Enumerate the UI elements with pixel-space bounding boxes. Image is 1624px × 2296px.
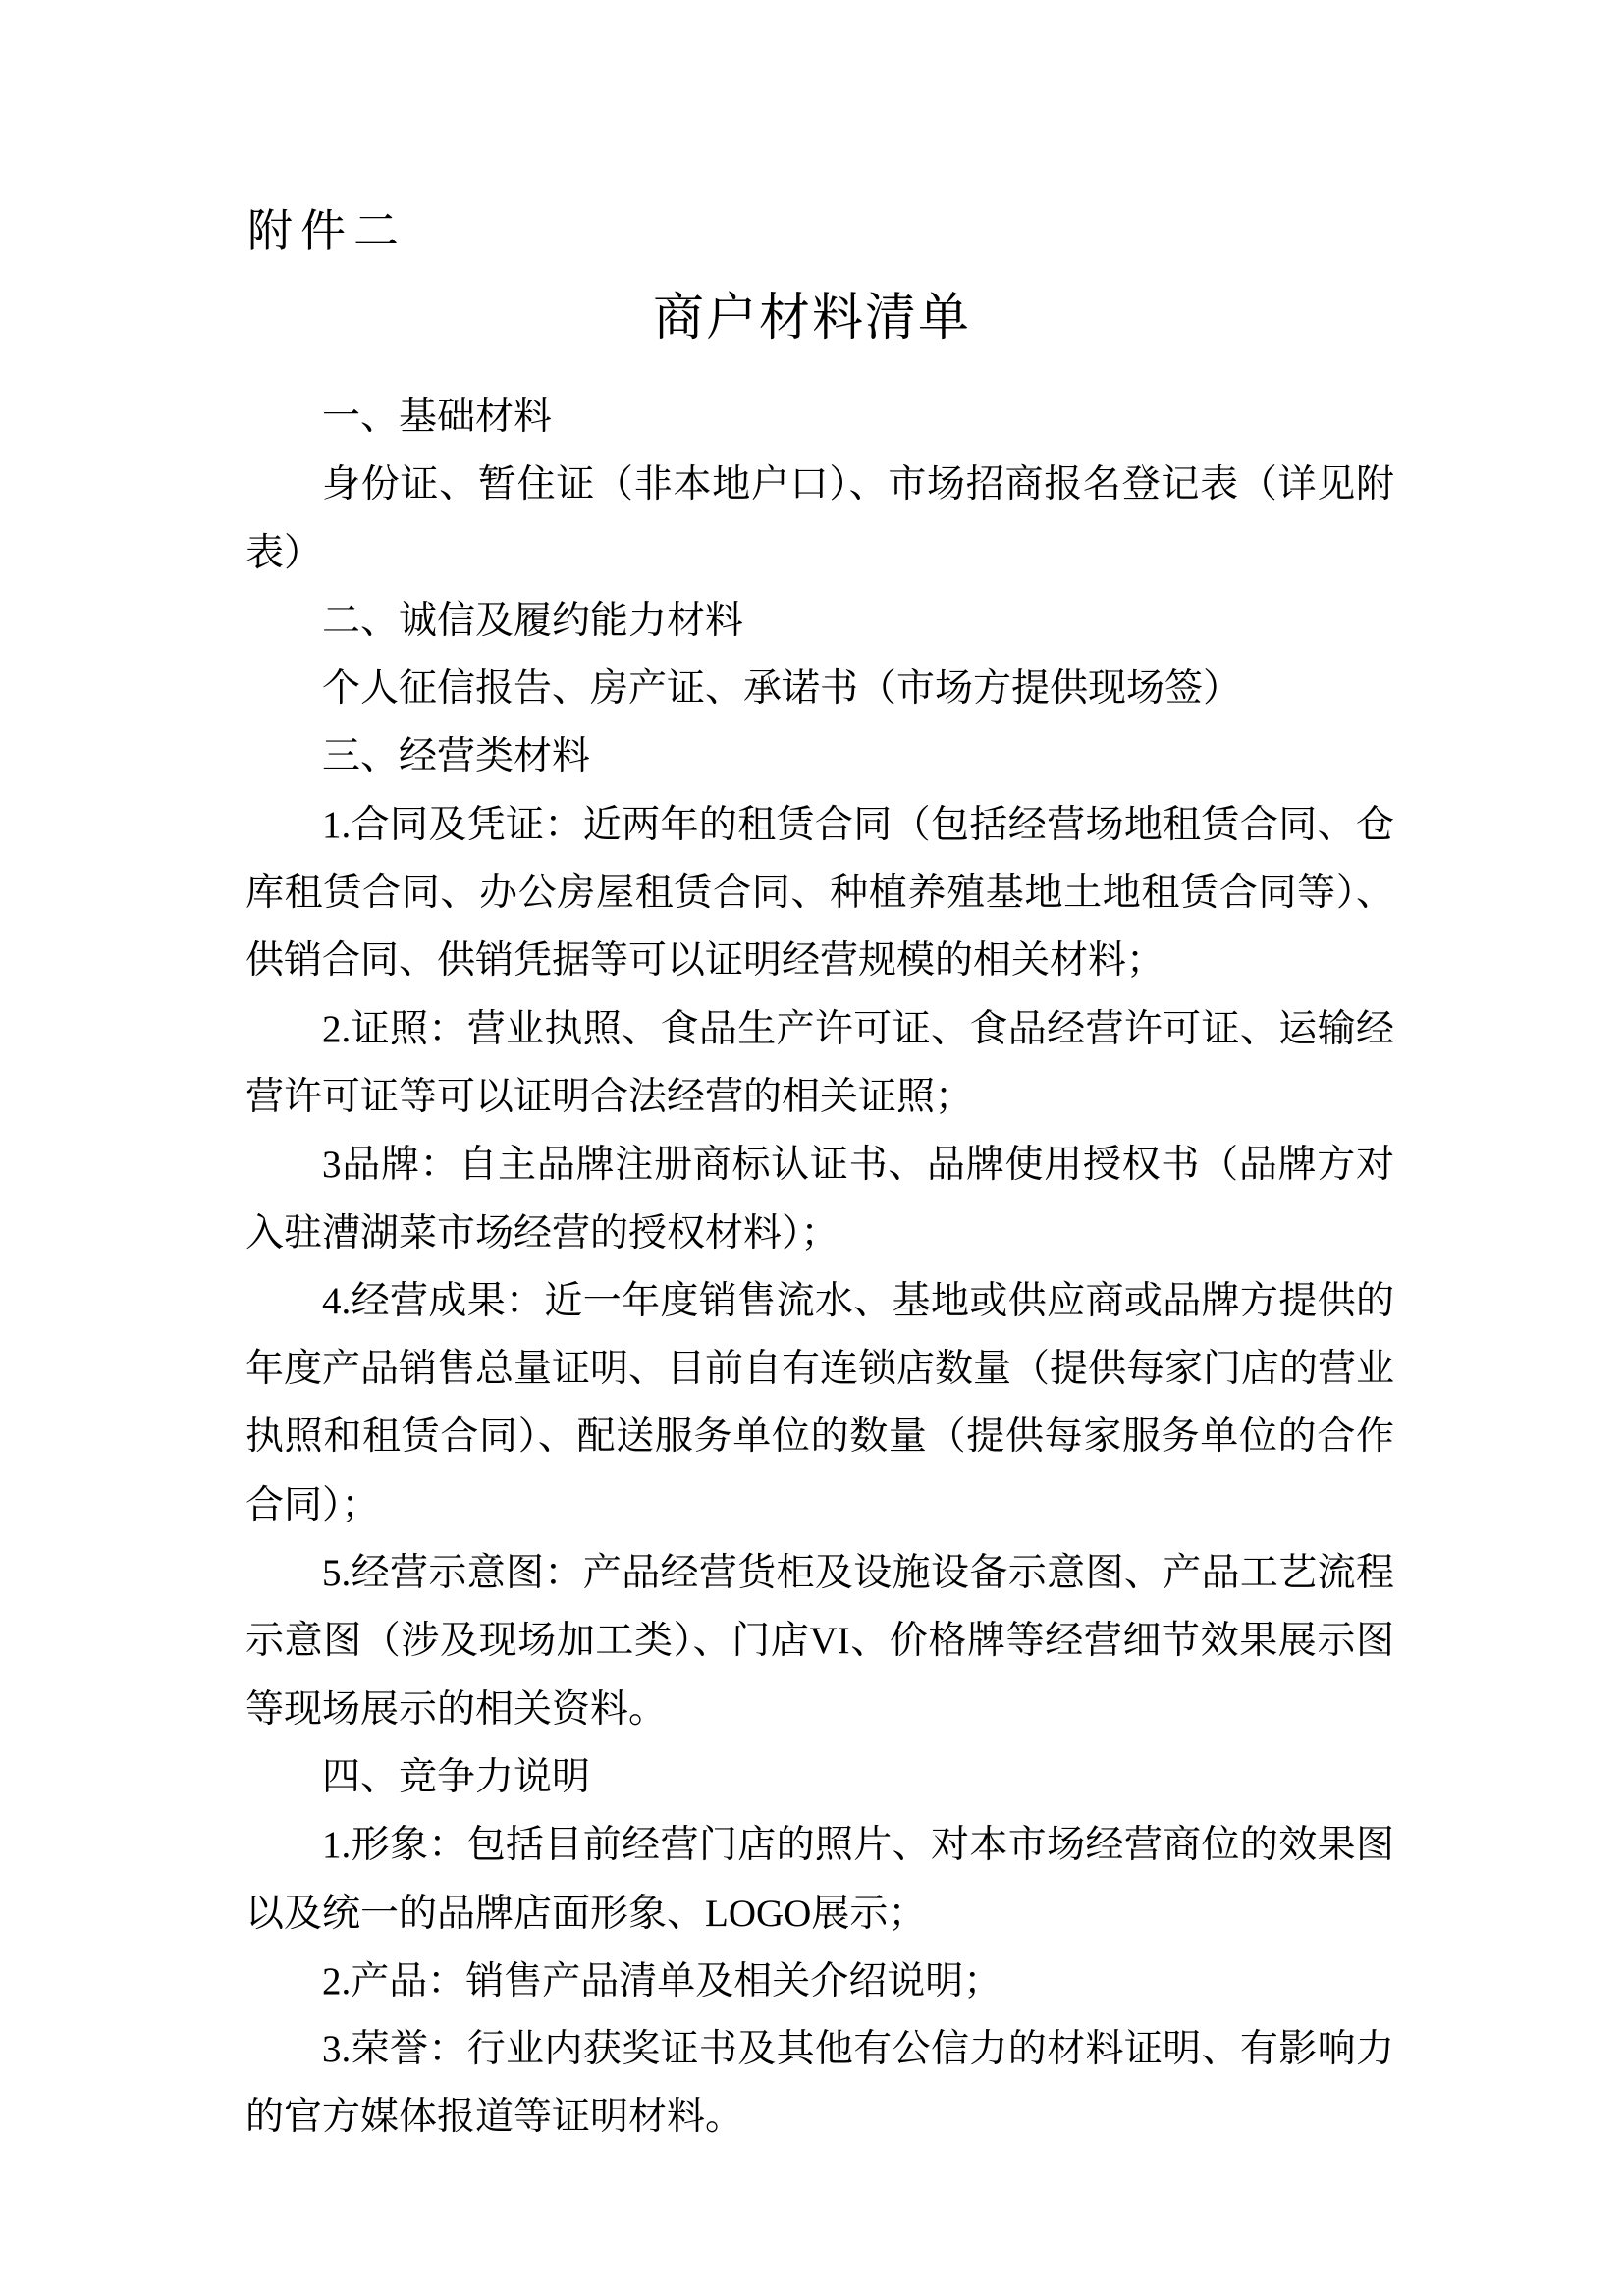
paragraph-section-3-heading: 三、经营类材料 bbox=[245, 722, 1394, 790]
paragraph-section-4-heading: 四、竞争力说明 bbox=[245, 1743, 1394, 1811]
paragraph-basic-materials: 身份证、暂住证（非本地户口）、市场招商报名登记表（详见附表） bbox=[245, 451, 1394, 587]
paragraph-business-diagrams: 5.经营示意图：产品经营货柜及设施设备示意图、产品工艺流程示意图（涉及现场加工类… bbox=[245, 1539, 1394, 1743]
paragraph-products: 2.产品：销售产品清单及相关介绍说明； bbox=[245, 1948, 1394, 2015]
paragraph-image: 1.形象：包括目前经营门店的照片、对本市场经营商位的效果图以及统一的品牌店面形象… bbox=[245, 1811, 1394, 1948]
paragraph-honors: 3.荣誉：行业内获奖证书及其他有公信力的材料证明、有影响力的官方媒体报道等证明材… bbox=[245, 2015, 1394, 2152]
attachment-label: 附件二 bbox=[247, 202, 406, 261]
document-body: 一、基础材料 身份证、暂住证（非本地户口）、市场招商报名登记表（详见附表） 二、… bbox=[245, 383, 1394, 2152]
document-page: 附件二 商户材料清单 一、基础材料 身份证、暂住证（非本地户口）、市场招商报名登… bbox=[0, 0, 1624, 2296]
paragraph-contracts: 1.合同及凭证：近两年的租赁合同（包括经营场地租赁合同、仓库租赁合同、办公房屋租… bbox=[245, 791, 1394, 995]
page-title: 商户材料清单 bbox=[0, 287, 1624, 351]
paragraph-section-2-heading: 二、诚信及履约能力材料 bbox=[245, 587, 1394, 655]
paragraph-business-results: 4.经营成果：近一年度销售流水、基地或供应商或品牌方提供的年度产品销售总量证明、… bbox=[245, 1267, 1394, 1539]
paragraph-credit-materials: 个人征信报告、房产证、承诺书（市场方提供现场签） bbox=[245, 655, 1394, 722]
paragraph-licenses: 2.证照：营业执照、食品生产许可证、食品经营许可证、运输经营许可证等可以证明合法… bbox=[245, 995, 1394, 1132]
paragraph-section-1-heading: 一、基础材料 bbox=[245, 383, 1394, 451]
paragraph-brand: 3品牌：自主品牌注册商标认证书、品牌使用授权书（品牌方对入驻漕湖菜市场经营的授权… bbox=[245, 1131, 1394, 1267]
